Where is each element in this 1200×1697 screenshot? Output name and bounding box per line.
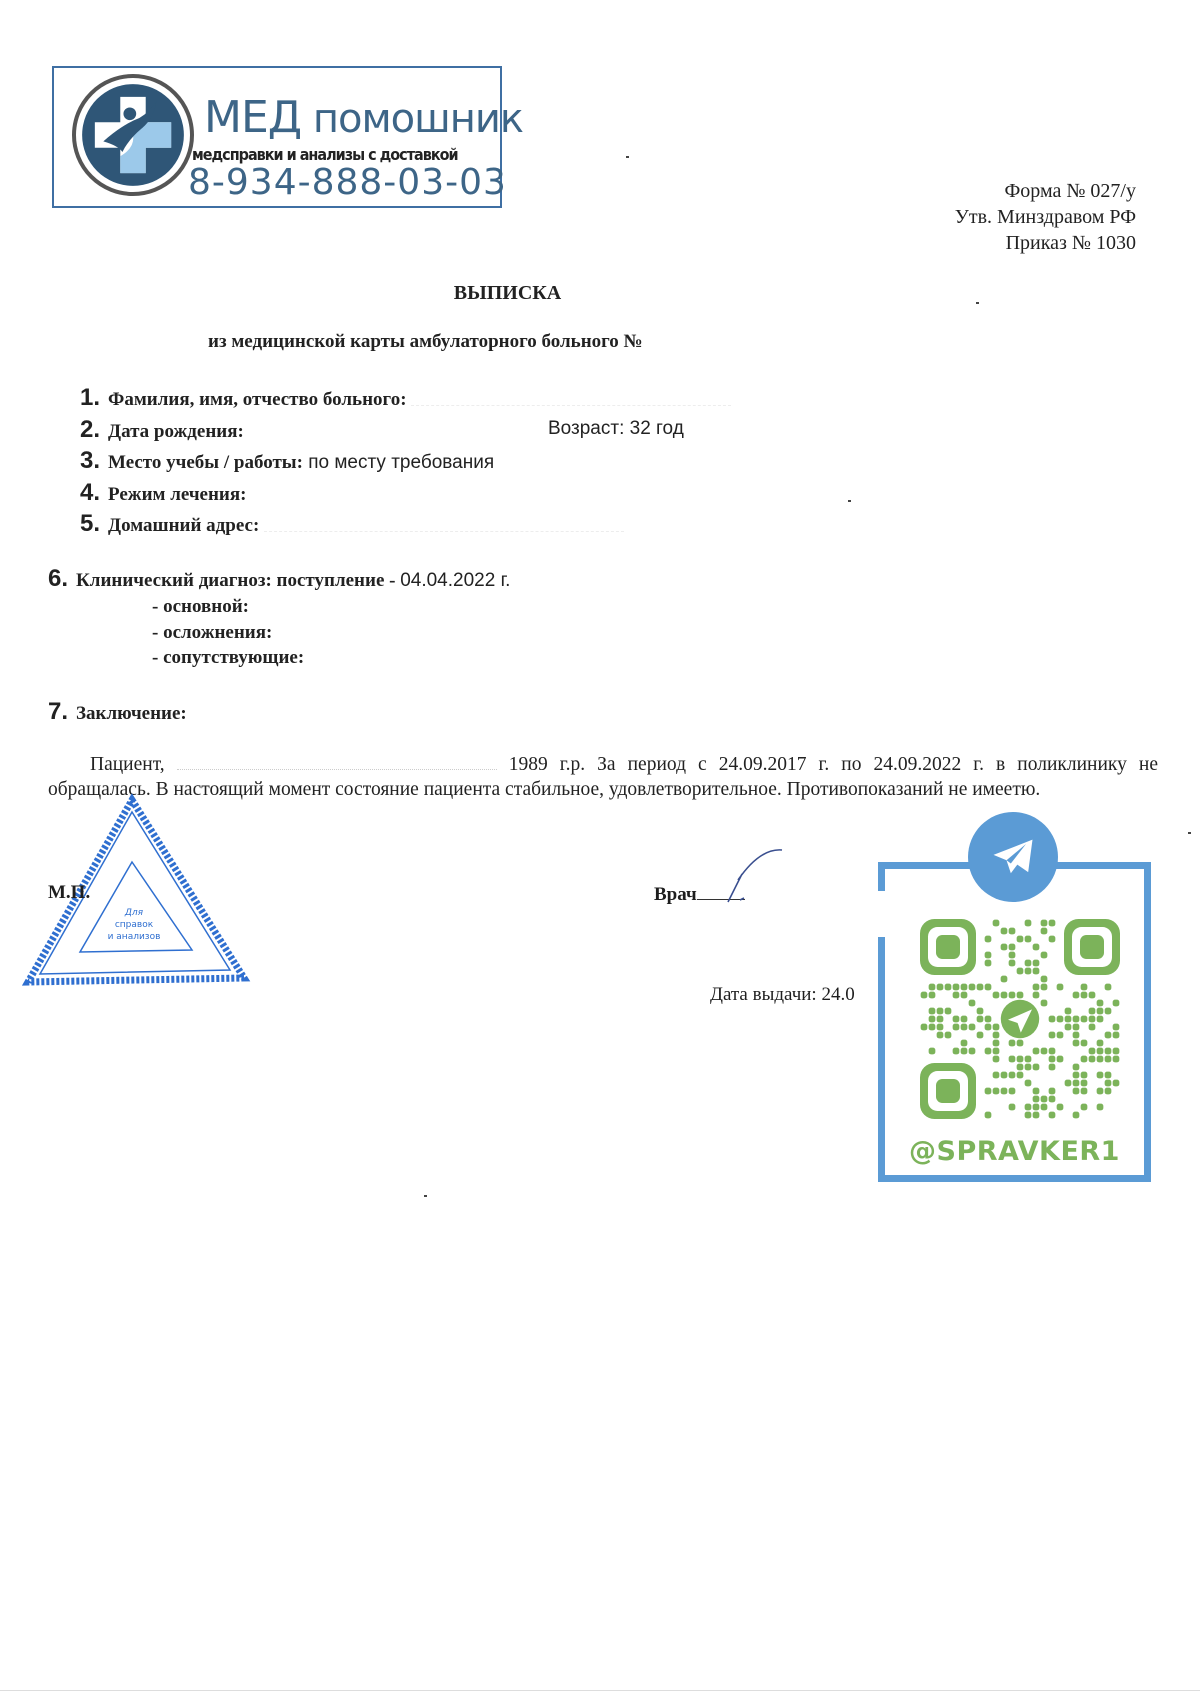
scan-speck [976,302,979,304]
field-number: 2. [80,416,100,443]
stamp-text-2: справок [115,920,154,930]
form-meta: Форма № 027/у Утв. Минздравом РФ Приказ … [955,178,1136,256]
scan-speck [424,1195,427,1197]
field-number: 1. [80,384,100,411]
qr-code[interactable] [920,919,1120,1119]
redacted-value [264,522,624,532]
field-clinical-diagnosis: 6.Клинический диагноз: поступление - 04.… [48,565,510,593]
diagnosis-concomitant: - сопутствующие: [152,647,304,669]
form-approval: Утв. Минздравом РФ [955,204,1136,230]
scan-speck [626,156,629,158]
field-label: Фамилия, имя, отчество больного: [108,389,407,410]
field-treatment-mode: 4.Режим лечения: [80,479,247,507]
field-label: Режим лечения: [108,484,246,505]
conclusion-text-start: Пациент, [90,754,177,775]
redacted-value [411,396,731,406]
seal-place-label: М.П. [48,882,90,904]
age-value: Возраст: 32 год [548,418,684,439]
field-number: 5. [80,510,100,537]
logo-phone[interactable]: 8-934-888-03-03 [188,165,507,201]
field-label: Домашний адрес: [108,515,259,536]
field-number: 4. [80,479,100,506]
field-conclusion: 7.Заключение: [48,698,187,726]
page-edge [0,1690,1200,1691]
redacted-name [177,762,497,770]
logo-title: МЕД помошник [204,96,523,140]
signature-icon [720,840,800,910]
scan-speck [848,500,851,502]
telegram-handle[interactable]: @SPRAVKER1 [885,1136,1144,1167]
logo-title-rest: помошник [301,96,523,142]
field-label: Место учебы / работы: [108,452,303,473]
field-home-address: 5.Домашний адрес: [80,510,624,538]
telegram-icon [968,812,1058,902]
field-label: Клинический диагноз: поступление - [76,570,400,591]
field-label: Дата рождения: [108,421,244,442]
field-age: Возраст: 32 год [548,418,684,440]
form-order: Приказ № 1030 [955,230,1136,256]
stamp-text-1: Для [124,908,144,918]
field-number: 3. [80,447,100,474]
field-full-name: 1.Фамилия, имя, отчество больного: [80,384,731,412]
issue-date: Дата выдачи: 24.0 [710,984,855,1006]
field-number: 6. [48,565,68,592]
field-number: 7. [48,698,68,725]
stamp-text-3: и анализов [108,932,161,942]
field-birth-date: 2.Дата рождения: [80,416,244,444]
diagnosis-main: - основной: [152,596,249,618]
scan-speck [1188,832,1191,834]
company-logo-banner: МЕД помошник медсправки и анализы с дост… [52,66,502,208]
field-label: Заключение: [76,703,187,724]
logo-title-main: МЕД [204,92,301,143]
medical-cross-person-icon [72,74,194,196]
field-value: по месту требования [303,452,494,473]
field-work-place: 3.Место учебы / работы: по месту требова… [80,447,494,475]
diagnosis-date: 04.04.2022 г. [400,570,510,591]
card-notch [878,891,894,937]
paper-plane-icon [987,831,1039,883]
doctor-label: Врач [654,884,697,905]
document-title: ВЫПИСКА [0,282,1015,305]
form-number: Форма № 027/у [955,178,1136,204]
diagnosis-complications: - осложнения: [152,622,272,644]
document-subtitle: из медицинской карты амбулаторного больн… [208,331,643,353]
telegram-qr-card[interactable]: @SPRAVKER1 [878,862,1151,1182]
